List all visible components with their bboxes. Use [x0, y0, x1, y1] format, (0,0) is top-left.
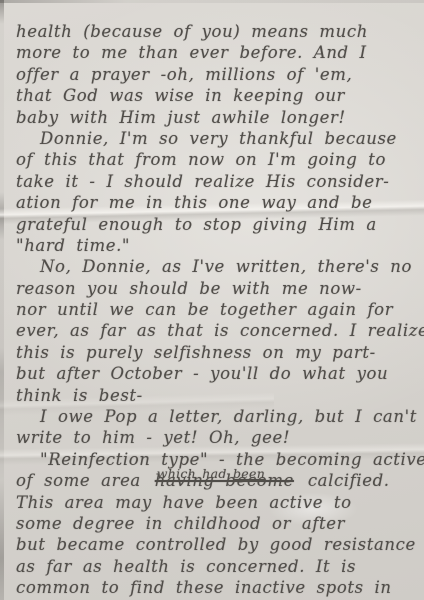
handwriting-line: some degree in childhood or after: [16, 513, 420, 534]
handwriting-line: but after October - you'll do what you: [16, 363, 420, 384]
handwriting-line: take it - I should realize His consider-: [16, 171, 420, 192]
handwriting-line: common to find these inactive spots in: [16, 577, 420, 598]
handwriting-line: but became controlled by good resistance: [16, 534, 420, 555]
page-edge-shadow-left: [0, 0, 4, 600]
inserted-text: which had been: [157, 468, 265, 480]
handwriting-line: of this that from now on I'm going to: [16, 149, 420, 170]
handwriting-line: as far as health is concerned. It is: [16, 556, 420, 577]
handwriting-line: "hard time.": [16, 235, 420, 256]
page-edge-shadow-top: [0, 0, 424, 3]
handwriting-line: ation for me in this one way and be: [16, 192, 420, 213]
correction-group: which had been having become: [155, 470, 294, 491]
handwriting-line: more to me than ever before. And I: [16, 42, 420, 63]
handwriting-line: This area may have been active to: [16, 492, 420, 513]
edit-line-pre: of some area: [16, 471, 141, 490]
handwriting-line: reason you should be with me now-: [16, 278, 420, 299]
letter-body: health (because of you) means much more …: [16, 21, 420, 599]
handwriting-line: No, Donnie, as I've written, there's no: [16, 256, 420, 277]
handwriting-line: think is best-: [16, 385, 420, 406]
edit-line-post: calcified.: [308, 471, 390, 490]
handwriting-line: ever, as far as that is concerned. I rea…: [16, 320, 420, 341]
handwriting-line: this is purely selfishness on my part-: [16, 342, 420, 363]
handwriting-line: grateful enough to stop giving Him a: [16, 214, 420, 235]
handwriting-line-with-correction: of some area which had been having becom…: [16, 470, 420, 491]
handwriting-line: I owe Pop a letter, darling, but I can't: [16, 406, 420, 427]
handwriting-line: baby with Him just awhile longer!: [16, 107, 420, 128]
handwriting-line: write to him - yet! Oh, gee!: [16, 427, 420, 448]
handwriting-line: Donnie, I'm so very thankful because: [16, 128, 420, 149]
handwriting-line: offer a prayer -oh, millions of 'em,: [16, 64, 420, 85]
scanned-letter-page: health (because of you) means much more …: [0, 0, 424, 600]
handwriting-line: nor until we can be together again for: [16, 299, 420, 320]
handwriting-line: that God was wise in keeping our: [16, 85, 420, 106]
handwriting-line: health (because of you) means much: [16, 21, 420, 42]
